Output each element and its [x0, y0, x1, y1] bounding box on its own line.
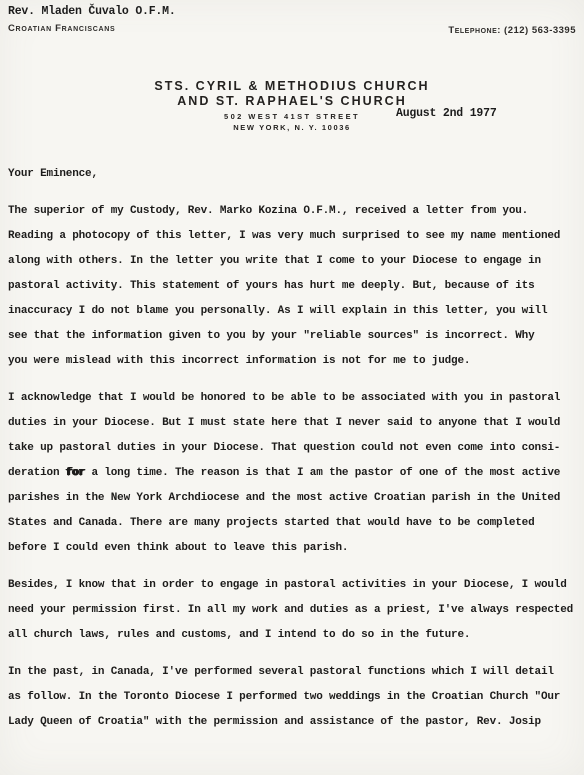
body-line: need your permission first. In all my wo… — [8, 598, 578, 623]
body-line: Besides, I know that in order to engage … — [8, 573, 578, 598]
body-line: In the past, in Canada, I've performed s… — [8, 660, 578, 685]
body-line-with-overstrike: deration for a long time. The reason is … — [8, 461, 578, 486]
body-line: pastoral activity. This statement of you… — [8, 274, 578, 299]
letter-body: Your Eminence, The superior of my Custod… — [8, 162, 578, 735]
body-line: I acknowledge that I would be honored to… — [8, 386, 578, 411]
body-line: duties in your Diocese. But I must state… — [8, 411, 578, 436]
body-line: before I could even think about to leave… — [8, 536, 578, 561]
paragraph-4: In the past, in Canada, I've performed s… — [8, 660, 578, 735]
overstruck-word: for — [66, 467, 85, 479]
paragraph-3: Besides, I know that in order to engage … — [8, 573, 578, 648]
scanned-letter-page: Rev. Mladen Čuvalo O.F.M. Croatian Franc… — [0, 0, 584, 775]
body-line: as follow. In the Toronto Diocese I perf… — [8, 685, 578, 710]
church-city-address: NEW YORK, N. Y. 10036 — [0, 122, 584, 133]
line-segment: deration — [8, 467, 66, 479]
church-name-line1: STS. CYRIL & METHODIUS CHURCH — [0, 79, 584, 94]
sender-organization: Croatian Franciscans — [8, 23, 115, 34]
body-line: see that the information given to you by… — [8, 324, 578, 349]
body-line: you were mislead with this incorrect inf… — [8, 349, 578, 374]
body-line: Lady Queen of Croatia" with the permissi… — [8, 710, 578, 735]
body-line: all church laws, rules and customs, and … — [8, 623, 578, 648]
paragraph-2: I acknowledge that I would be honored to… — [8, 386, 578, 561]
church-letterhead: STS. CYRIL & METHODIUS CHURCH AND ST. RA… — [0, 79, 584, 133]
body-line: States and Canada. There are many projec… — [8, 511, 578, 536]
body-line: along with others. In the letter you wri… — [8, 249, 578, 274]
body-line: inaccuracy I do not blame you personally… — [8, 299, 578, 324]
body-line: take up pastoral duties in your Diocese.… — [8, 436, 578, 461]
sender-name: Rev. Mladen Čuvalo O.F.M. — [8, 5, 176, 18]
body-line: The superior of my Custody, Rev. Marko K… — [8, 199, 578, 224]
paragraph-1: The superior of my Custody, Rev. Marko K… — [8, 199, 578, 374]
telterhead-telephone: Telephone: (212) 563-3395 — [448, 25, 576, 36]
body-line: parishes in the New York Archdiocese and… — [8, 486, 578, 511]
body-line: Reading a photocopy of this letter, I wa… — [8, 224, 578, 249]
line-segment: a long time. The reason is that I am the… — [85, 467, 560, 479]
letter-date: August 2nd 1977 — [396, 107, 497, 120]
salutation: Your Eminence, — [8, 162, 578, 187]
